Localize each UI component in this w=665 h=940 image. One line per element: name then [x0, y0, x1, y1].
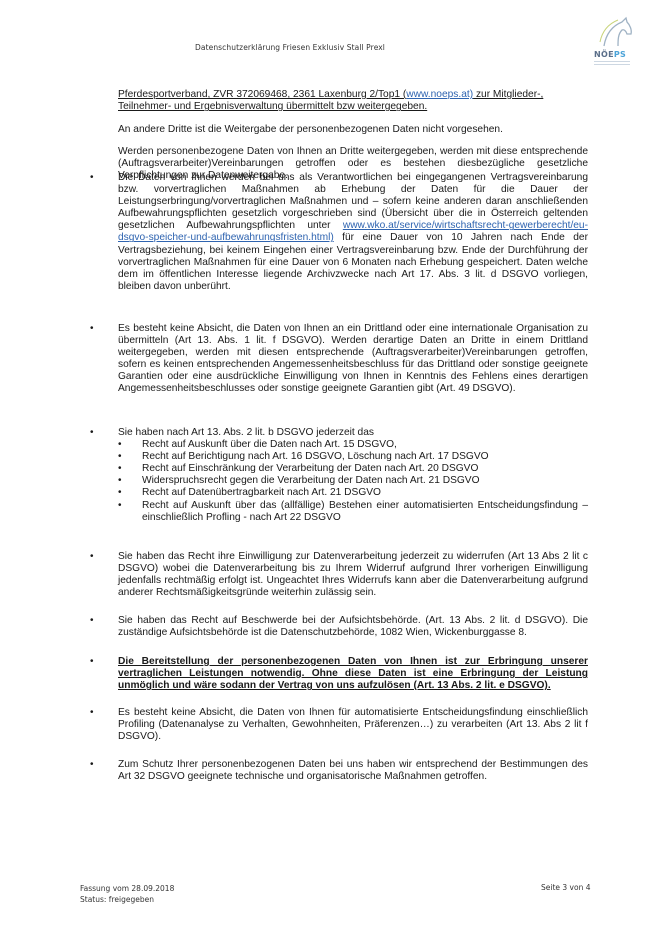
- bullet-icon: •: [90, 551, 94, 563]
- horse-head-icon: [596, 12, 636, 50]
- noeps-link[interactable]: www.noeps.at): [406, 89, 473, 100]
- logo-tagline: [594, 61, 630, 67]
- bullet-icon: •: [90, 323, 94, 335]
- page-number: Seite 3 von 4: [541, 883, 591, 892]
- bullet-icon: •: [90, 172, 94, 184]
- rights-item: •Recht auf Auskunft über das (allfällige…: [118, 500, 588, 524]
- logo-text: NÖEPS: [594, 50, 626, 59]
- noeps-logo: NÖEPS: [590, 12, 650, 72]
- rights-item: •Recht auf Auskunft über die Daten nach …: [118, 439, 588, 451]
- bullet-third-country: • Es besteht keine Absicht, die Daten vo…: [118, 323, 588, 396]
- bullet-withdraw-consent: • Sie haben das Recht ihre Einwilligung …: [118, 551, 588, 599]
- bullet-retention: • Die Daten von Ihnen werden bei uns als…: [118, 172, 588, 293]
- bullet-icon: •: [90, 759, 94, 771]
- bullet-rights: • Sie haben nach Art 13. Abs. 2 lit. b D…: [118, 427, 588, 524]
- footer-status: Status: freigegeben: [80, 894, 174, 905]
- page-header-title: Datenschutzerklärung Friesen Exklusiv St…: [0, 43, 580, 52]
- intro-no-third-party: An andere Dritte ist die Weitergabe der …: [118, 124, 588, 136]
- bullet-complaint: • Sie haben das Recht auf Beschwerde bei…: [118, 615, 588, 639]
- bullet-icon: •: [90, 707, 94, 719]
- bullet-icon: •: [90, 615, 94, 627]
- intro-association-line: Pferdesportverband, ZVR 372069468, 2361 …: [118, 89, 588, 113]
- rights-intro: Sie haben nach Art 13. Abs. 2 lit. b DSG…: [118, 427, 588, 439]
- rights-item: •Recht auf Berichtigung nach Art. 16 DSG…: [118, 451, 588, 463]
- bullet-icon: •: [90, 427, 94, 439]
- bullet-icon: •: [90, 656, 94, 668]
- rights-item: •Widerspruchsrecht gegen die Verarbeitun…: [118, 475, 588, 487]
- bullet-protection: • Zum Schutz Ihrer personenbezogenen Dat…: [118, 759, 588, 783]
- bullet-profiling: • Es besteht keine Absicht, die Daten vo…: [118, 707, 588, 743]
- footer-version: Fassung vom 28.09.2018 Status: freigegeb…: [80, 883, 174, 905]
- rights-item: •Recht auf Einschränkung der Verarbeitun…: [118, 463, 588, 475]
- rights-item: •Recht auf Datenübertragbarkeit nach Art…: [118, 487, 588, 499]
- bullet-data-required: • Die Bereitstellung der personenbezogen…: [118, 656, 588, 692]
- footer-version-date: Fassung vom 28.09.2018: [80, 883, 174, 894]
